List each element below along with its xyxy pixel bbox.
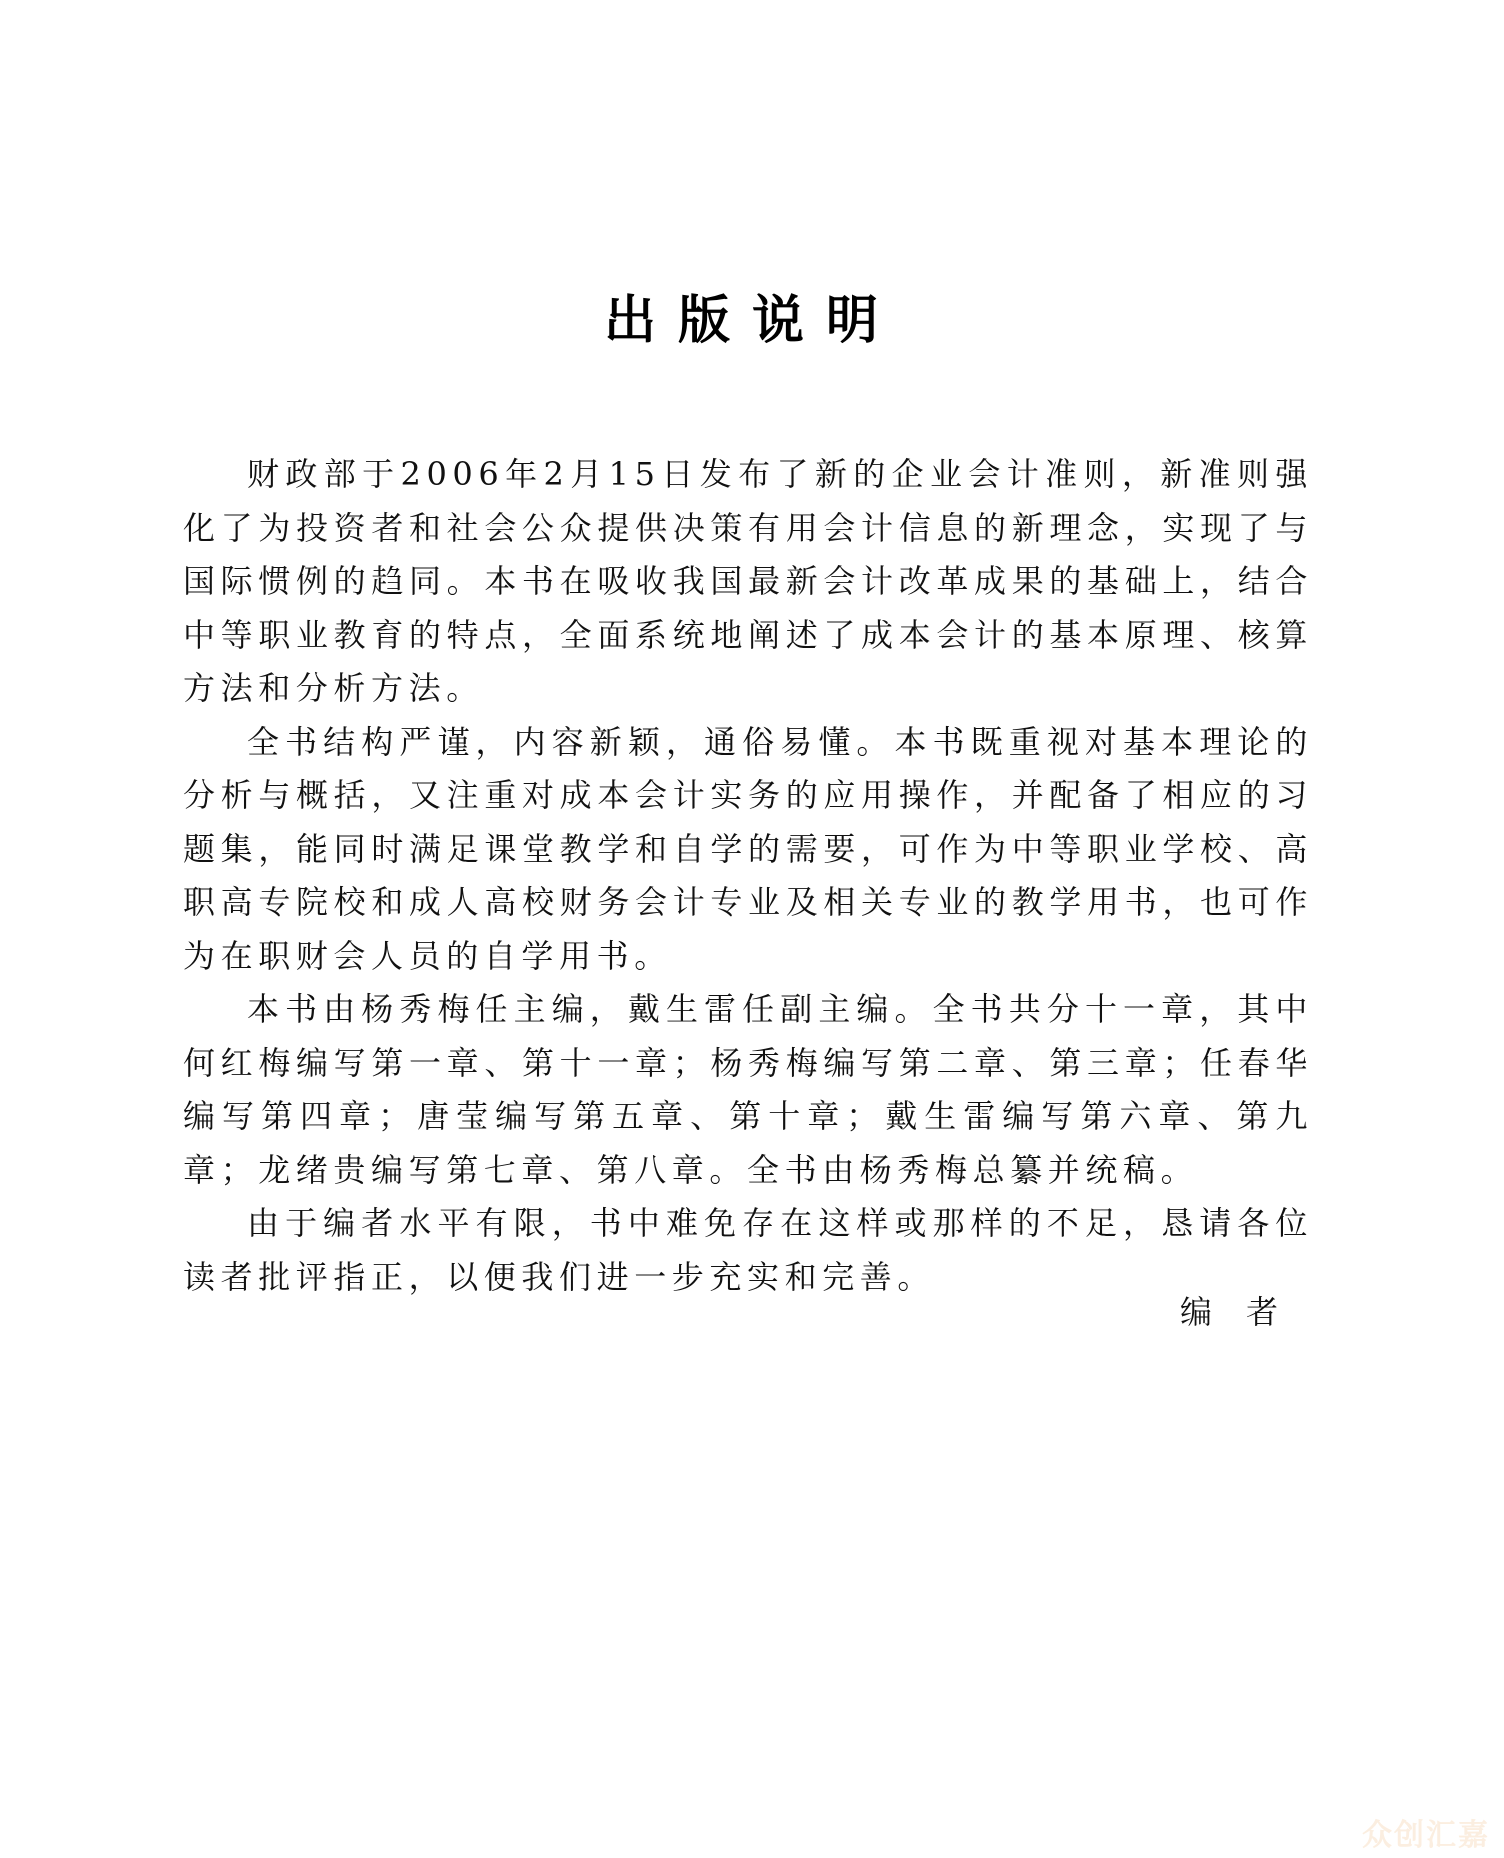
document-page: 出版说明 财政部于2006年2月15日发布了新的企业会计准则，新准则强化了为投资… (0, 0, 1504, 1858)
paragraph-1: 财政部于2006年2月15日发布了新的企业会计准则，新准则强化了为投资者和社会公… (183, 448, 1313, 716)
document-body: 财政部于2006年2月15日发布了新的企业会计准则，新准则强化了为投资者和社会公… (183, 448, 1313, 1304)
watermark-logo: 众创汇嘉 (1362, 1810, 1490, 1854)
page-title: 出版说明 (0, 286, 1504, 356)
paragraph-4: 由于编者水平有限，书中难免存在这样或那样的不足，恳请各位读者批评指正，以便我们进… (183, 1197, 1313, 1304)
signature-char-2: 者 (1246, 1292, 1278, 1332)
paragraph-2: 全书结构严谨，内容新颖，通俗易懂。本书既重视对基本理论的分析与概括，又注重对成本… (183, 716, 1313, 984)
author-signature: 编者 (1180, 1292, 1278, 1332)
signature-char-1: 编 (1180, 1292, 1212, 1332)
paragraph-3: 本书由杨秀梅任主编，戴生雷任副主编。全书共分十一章，其中何红梅编写第一章、第十一… (183, 983, 1313, 1197)
